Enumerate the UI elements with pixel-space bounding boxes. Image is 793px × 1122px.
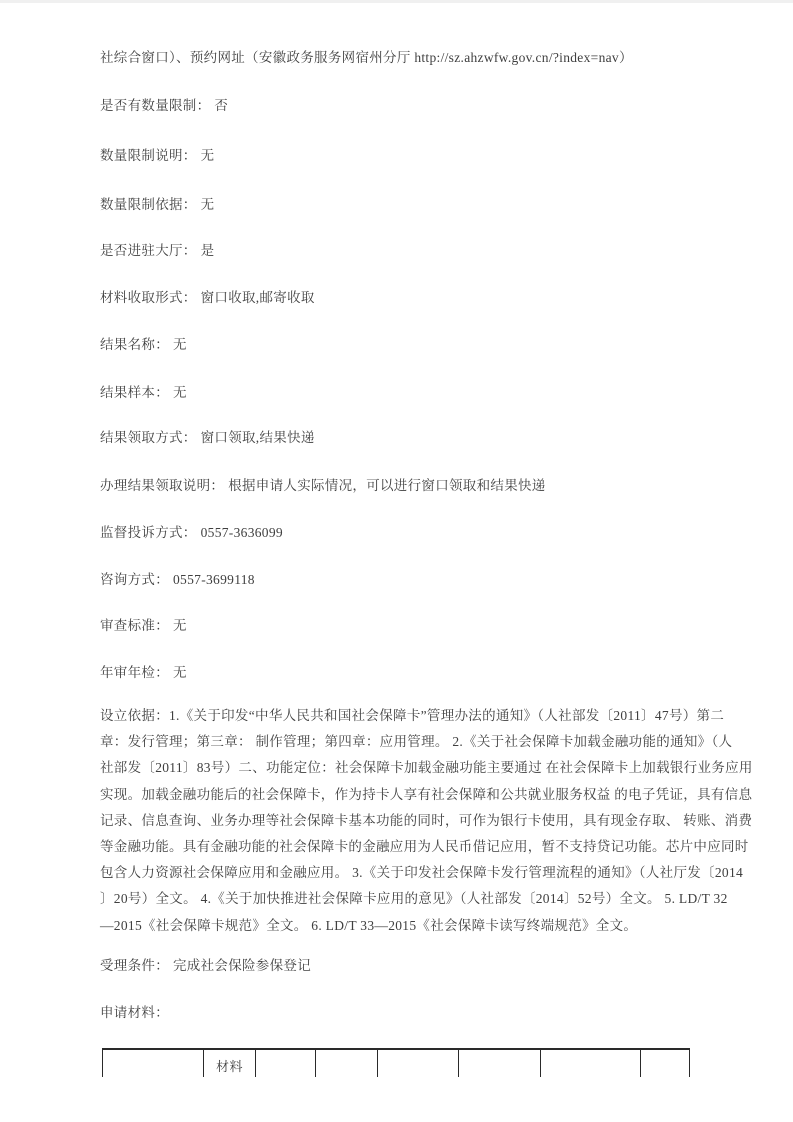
field-value: 是 [201,243,215,258]
field-value: 无 [201,197,215,212]
field-result-sample: 结果样本：无 [100,383,692,403]
materials-label-text: 申请材料： [100,1005,169,1020]
legal-basis-paragraph: 设立依据：1.《关于印发“中华人民共和国社会保障卡”管理办法的通知》（人社部发〔… [100,703,692,939]
legal-basis-line: 记录、信息查询、业务办理等社会保障卡基本功能的同时，可作为银行卡使用，具有现金存… [100,808,692,834]
field-label: 材料收取形式： [100,290,197,305]
field-value: 无 [173,665,187,680]
field-label: 受理条件： [100,958,169,973]
field-in-hall: 是否进驻大厅：是 [100,241,692,261]
legal-basis-line: 社部发〔2011〕83号）二、功能定位：社会保障卡加载金融功能主要通过 在社会保… [100,755,692,781]
field-value: 0557-3636099 [201,525,283,540]
materials-section-label: 申请材料： [100,1003,692,1023]
field-label: 审查标准： [100,618,169,633]
continuation-text: 社综合窗口）、预约网址（安徽政务服务网宿州分厅 http://sz.ahzwfw… [100,50,633,65]
field-value: 无 [173,385,187,400]
field-value: 无 [173,618,187,633]
field-label: 数量限制依据： [100,197,197,212]
field-quantity-limit: 是否有数量限制：否 [100,96,692,116]
field-result-name: 结果名称：无 [100,335,692,355]
legal-basis-line: 等金融功能。具有金融功能的社会保障卡的金融应用为人民币借记应用，暂不支持贷记功能… [100,834,692,860]
field-value: 0557-3699118 [173,572,255,587]
legal-basis-line: 包含人力资源社会保障应用和金融应用。 3.《关于印发社会保障卡发行管理流程的通知… [100,860,692,886]
field-review-standard: 审查标准：无 [100,616,692,636]
field-annual-review: 年审年检：无 [100,663,692,683]
field-result-collect-method: 结果领取方式：窗口领取,结果快递 [100,428,692,448]
legal-basis-line: 设立依据：1.《关于印发“中华人民共和国社会保障卡”管理办法的通知》（人社部发〔… [100,703,692,729]
field-quantity-limit-basis: 数量限制依据：无 [100,195,692,215]
legal-basis-line: 〕20号）全文。 4.《关于加快推进社会保障卡应用的意见》（人社部发〔2014〕… [100,886,692,912]
field-value: 根据申请人实际情况，可以进行窗口领取和结果快递 [228,478,545,493]
field-label: 结果名称： [100,337,169,352]
field-acceptance-condition: 受理条件：完成社会保险参保登记 [100,956,692,976]
field-value: 无 [173,337,187,352]
table-cell [315,1050,377,1077]
application-materials-table: 材料 [102,1048,690,1075]
field-label: 监督投诉方式： [100,525,197,540]
field-label: 是否有数量限制： [100,98,210,113]
field-material-collect-form: 材料收取形式：窗口收取,邮寄收取 [100,288,692,308]
field-label: 是否进驻大厅： [100,243,197,258]
field-result-collect-note: 办理结果领取说明：根据申请人实际情况，可以进行窗口领取和结果快递 [100,476,692,496]
field-value: 窗口领取,结果快递 [201,430,315,445]
table-cell: 材料 [203,1050,255,1077]
field-label: 结果样本： [100,385,169,400]
legal-basis-line: 实现。加载金融功能后的社会保障卡，作为持卡人享有社会保障和公共就业服务权益 的电… [100,782,692,808]
continuation-line: 社综合窗口）、预约网址（安徽政务服务网宿州分厅 http://sz.ahzwfw… [100,48,692,68]
page-top-edge [0,0,793,3]
table-cell [540,1050,640,1077]
table-cell [640,1050,690,1077]
field-label: 咨询方式： [100,572,169,587]
field-value: 否 [214,98,228,113]
legal-basis-line: —2015《社会保障卡规范》全文。 6. LD/T 33—2015《社会保障卡读… [100,913,692,939]
field-consult-phone: 咨询方式：0557-3699118 [100,570,692,590]
legal-basis-line: 章：发行管理；第三章： 制作管理；第四章：应用管理。 2.《关于社会保障卡加载金… [100,729,692,755]
table-cell [255,1050,315,1077]
field-value: 完成社会保险参保登记 [173,958,311,973]
table-cell [102,1050,203,1077]
field-value: 无 [201,148,215,163]
field-label: 数量限制说明： [100,148,197,163]
field-label: 办理结果领取说明： [100,478,224,493]
field-complaint-phone: 监督投诉方式：0557-3636099 [100,523,692,543]
field-label: 年审年检： [100,665,169,680]
table-partial-header: 材料 [216,1059,243,1074]
document-page: 社综合窗口）、预约网址（安徽政务服务网宿州分厅 http://sz.ahzwfw… [0,0,793,1122]
table-cell [377,1050,458,1077]
field-value: 窗口收取,邮寄收取 [201,290,315,305]
field-quantity-limit-note: 数量限制说明：无 [100,146,692,166]
field-label: 结果领取方式： [100,430,197,445]
table-cell [458,1050,540,1077]
